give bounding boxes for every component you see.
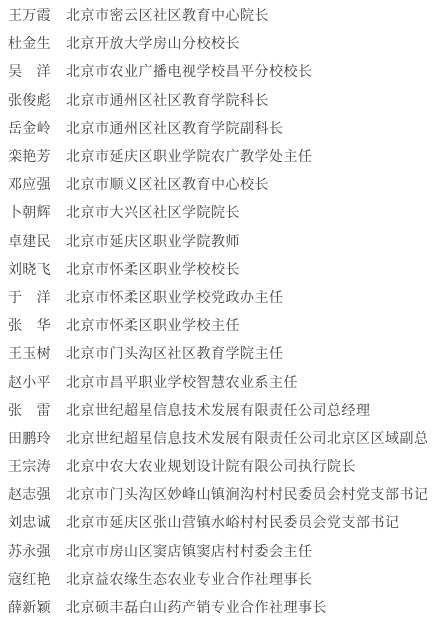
person-title: 北京开放大学房山分校校长 — [66, 33, 240, 53]
person-name: 于 洋 — [8, 287, 66, 307]
list-item: 张 雷北京世纪超星信息技术发展有限责任公司总经理 — [8, 396, 440, 424]
person-name: 卓建民 — [8, 231, 66, 251]
person-title: 北京市密云区社区教育中心院长 — [66, 5, 269, 25]
list-item: 王玉树北京市门头沟区社区教育学院主任 — [8, 339, 440, 367]
list-item: 张俊彪北京市通州区社区教育学院科长 — [8, 86, 440, 114]
person-name: 栾艳芳 — [8, 146, 66, 166]
person-title: 北京市顺义区社区教育中心校长 — [66, 174, 269, 194]
person-name: 薛新颖 — [8, 597, 66, 617]
list-item: 刘晓飞北京市怀柔区职业学校校长 — [8, 255, 440, 283]
person-title: 北京世纪超星信息技术发展有限责任公司北京区区域副总 — [66, 428, 429, 448]
person-title: 北京市门头沟区社区教育学院主任 — [66, 343, 284, 363]
list-item: 张 华北京市怀柔区职业学校主任 — [8, 311, 440, 339]
list-item: 刘忠诚北京市延庆区张山营镇水峪村村民委员会党支部书记 — [8, 508, 440, 536]
person-name: 卜朝辉 — [8, 202, 66, 222]
person-title: 北京世纪超星信息技术发展有限责任公司总经理 — [66, 400, 371, 420]
list-item: 赵志强北京市门头沟区妙峰山镇涧沟村村民委员会村党支部书记 — [8, 480, 440, 508]
list-item: 王宗涛北京中农大农业规划设计院有限公司执行院长 — [8, 452, 440, 480]
person-title: 北京市怀柔区职业学校主任 — [66, 315, 240, 335]
person-name: 张俊彪 — [8, 90, 66, 110]
person-title: 北京市通州区社区教育学院科长 — [66, 90, 269, 110]
person-title: 北京市通州区社区教育学院副科长 — [66, 118, 284, 138]
list-item: 寇红艳北京益农缘生态农业专业合作社理事长 — [8, 565, 440, 593]
person-name: 王玉树 — [8, 343, 66, 363]
list-item: 卜朝辉北京市大兴区社区学院院长 — [8, 198, 440, 226]
person-title: 北京市昌平职业学校智慧农业系主任 — [66, 372, 298, 392]
person-title: 北京市大兴区社区学院院长 — [66, 202, 240, 222]
person-name: 王万霞 — [8, 5, 66, 25]
document-page: 王万霞北京市密云区社区教育中心院长杜金生北京开放大学房山分校校长吴 洋北京市农业… — [0, 0, 440, 628]
list-item: 于 洋北京市怀柔区职业学校党政办主任 — [8, 283, 440, 311]
list-item: 杜金生北京开放大学房山分校校长 — [8, 29, 440, 57]
person-title: 北京益农缘生态农业专业合作社理事长 — [66, 569, 313, 589]
person-title: 北京硕丰磊白山药产销专业合作社理事长 — [66, 597, 327, 617]
list-item: 岳金岭北京市通州区社区教育学院副科长 — [8, 114, 440, 142]
person-name: 赵志强 — [8, 484, 66, 504]
person-name: 苏永强 — [8, 541, 66, 561]
person-name: 杜金生 — [8, 33, 66, 53]
person-name: 岳金岭 — [8, 118, 66, 138]
person-title: 北京市延庆区张山营镇水峪村村民委员会党支部书记 — [66, 512, 400, 532]
person-name: 张 雷 — [8, 400, 66, 420]
person-name: 寇红艳 — [8, 569, 66, 589]
person-name: 赵小平 — [8, 372, 66, 392]
person-title: 北京市门头沟区妙峰山镇涧沟村村民委员会村党支部书记 — [66, 484, 429, 504]
person-title: 北京市延庆区职业学院教师 — [66, 231, 240, 251]
person-name: 王宗涛 — [8, 456, 66, 476]
list-item: 赵小平北京市昌平职业学校智慧农业系主任 — [8, 367, 440, 395]
person-title: 北京市怀柔区职业学校党政办主任 — [66, 287, 284, 307]
person-name: 田鹏玲 — [8, 428, 66, 448]
person-name: 刘晓飞 — [8, 259, 66, 279]
list-item: 田鹏玲北京世纪超星信息技术发展有限责任公司北京区区域副总 — [8, 424, 440, 452]
list-item: 吴 洋北京市农业广播电视学校昌平分校校长 — [8, 57, 440, 85]
person-name: 吴 洋 — [8, 61, 66, 81]
list-item: 王万霞北京市密云区社区教育中心院长 — [8, 1, 440, 29]
person-name: 张 华 — [8, 315, 66, 335]
list-item: 苏永强北京市房山区窦店镇窦店村村委会主任 — [8, 537, 440, 565]
person-title: 北京市延庆区职业学院农广教学处主任 — [66, 146, 313, 166]
person-title: 北京市怀柔区职业学校校长 — [66, 259, 240, 279]
list-item: 薛新颖北京硕丰磊白山药产销专业合作社理事长 — [8, 593, 440, 621]
list-item: 卓建民北京市延庆区职业学院教师 — [8, 227, 440, 255]
person-name: 邓应强 — [8, 174, 66, 194]
list-item: 邓应强北京市顺义区社区教育中心校长 — [8, 170, 440, 198]
list-item: 栾艳芳北京市延庆区职业学院农广教学处主任 — [8, 142, 440, 170]
roster-list: 王万霞北京市密云区社区教育中心院长杜金生北京开放大学房山分校校长吴 洋北京市农业… — [8, 1, 440, 621]
person-title: 北京市房山区窦店镇窦店村村委会主任 — [66, 541, 313, 561]
person-name: 刘忠诚 — [8, 512, 66, 532]
person-title: 北京市农业广播电视学校昌平分校校长 — [66, 61, 313, 81]
person-title: 北京中农大农业规划设计院有限公司执行院长 — [66, 456, 356, 476]
